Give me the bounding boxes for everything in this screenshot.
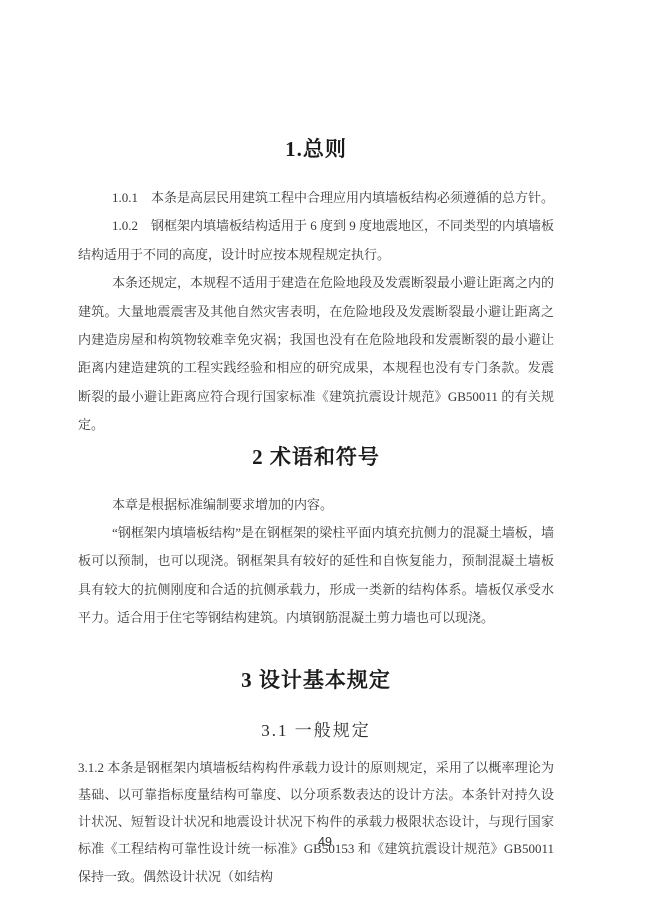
paragraph-terms-intro: 本章是根据标准编制要求增加的内容。 bbox=[78, 491, 554, 519]
paragraph-danger-zone: 本条还规定，本规程不适用于建造在危险地段及发震断裂最小避让距离之内的建筑。大量地… bbox=[78, 269, 554, 439]
document-page: 1.总则 1.0.1 本条是高层民用建筑工程中合理应用内填墙板结构必须遵循的总方… bbox=[0, 0, 650, 919]
clause-1-0-2: 1.0.2 钢框架内填墙板结构适用于 6 度到 9 度地震地区，不同类型的内填墙… bbox=[78, 212, 554, 269]
page-number: 49 bbox=[0, 834, 650, 850]
clause-1-0-1: 1.0.1 本条是高层民用建筑工程中合理应用内填墙板结构必须遵循的总方针。 bbox=[78, 184, 554, 212]
clause-3-1-2: 3.1.2 本条是钢框架内填墙板结构构件承载力设计的原则规定，采用了以概率理论为… bbox=[78, 754, 554, 890]
heading-basic-design-provisions: 3 设计基本规定 bbox=[78, 667, 554, 693]
heading-terms-and-symbols: 2 术语和符号 bbox=[78, 444, 554, 470]
subheading-general-rules: 3.1 一般规定 bbox=[78, 720, 554, 742]
paragraph-structure-definition: “钢框架内填墙板结构”是在钢框架的梁柱平面内填充抗侧力的混凝土墙板，墙板可以预制… bbox=[78, 519, 554, 633]
heading-general-provisions: 1.总则 bbox=[78, 136, 554, 162]
page-content: 1.总则 1.0.1 本条是高层民用建筑工程中合理应用内填墙板结构必须遵循的总方… bbox=[78, 0, 554, 890]
